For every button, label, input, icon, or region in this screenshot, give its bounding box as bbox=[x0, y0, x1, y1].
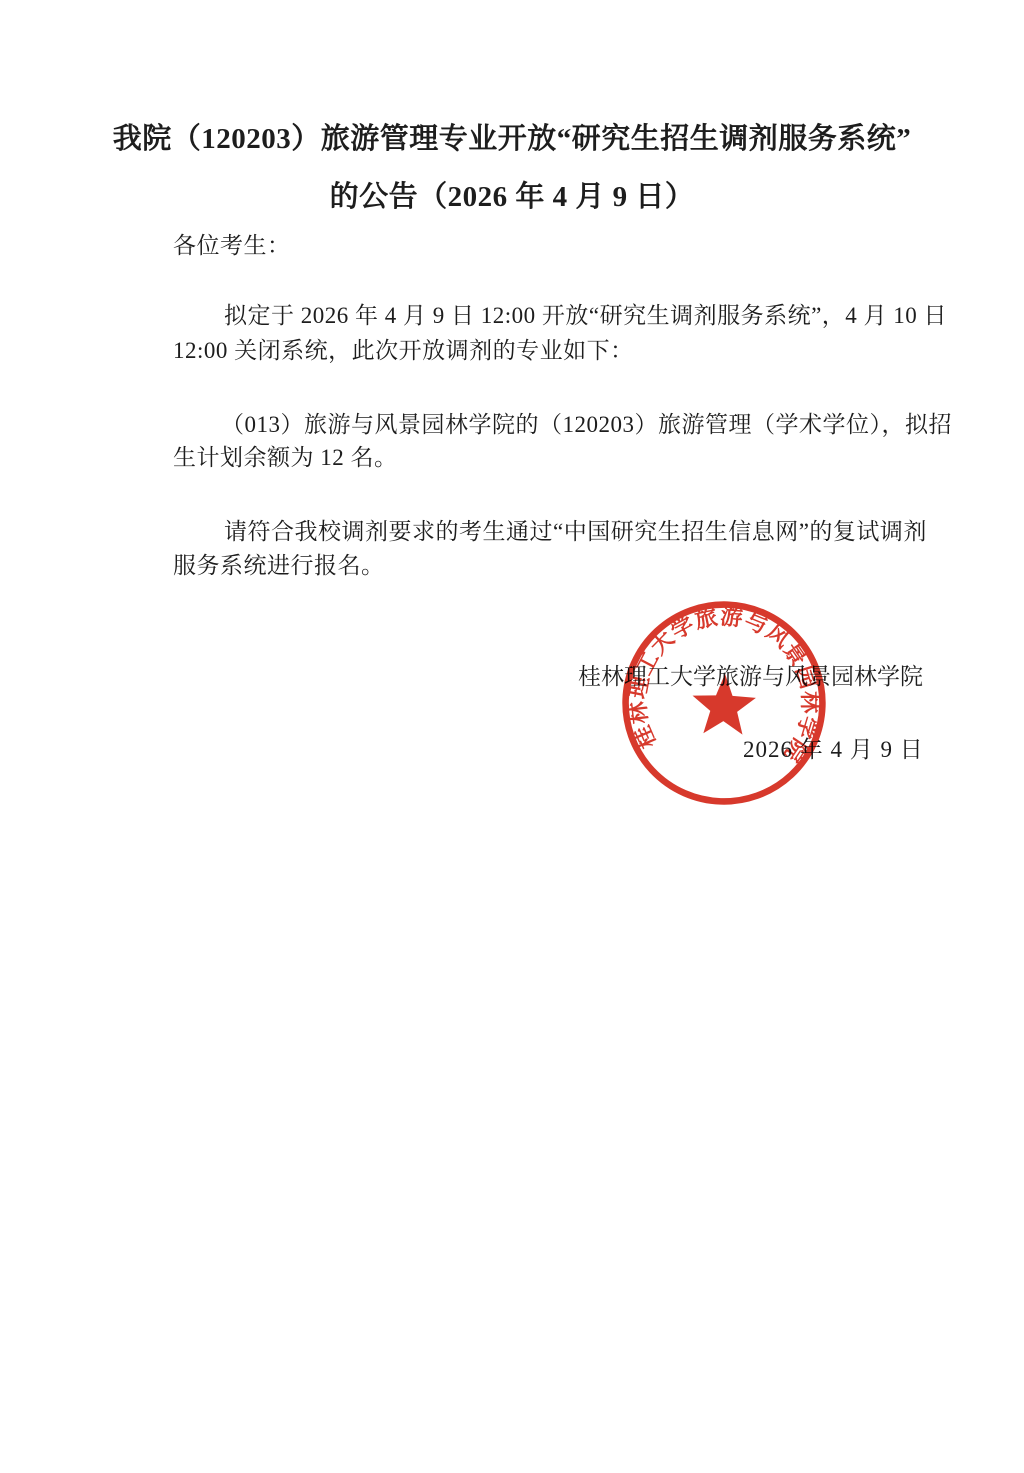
announcement-title-line-2: 的公告（2026 年 4 月 9 日） bbox=[0, 182, 1024, 213]
seal-graphic: 桂林理工大学旅游与风景园林学院 bbox=[613, 592, 834, 813]
salutation: 各位考生： bbox=[173, 234, 291, 259]
paragraph-3-line-1: 请符合我校调剂要求的考生通过“中国研究生招生信息网”的复试调剂 bbox=[224, 520, 927, 545]
paragraph-1-line-1: 拟定于 2026 年 4 月 9 日 12:00 开放“研究生调剂服务系统”，4… bbox=[224, 304, 947, 329]
announcement-title-line-1: 我院（120203）旅游管理专业开放“研究生招生调剂服务系统” bbox=[0, 124, 1024, 155]
announcement-page: 我院（120203）旅游管理专业开放“研究生招生调剂服务系统” 的公告（2026… bbox=[0, 0, 1024, 1473]
paragraph-3-line-2: 服务系统进行报名。 bbox=[173, 554, 385, 579]
paragraph-2-line-1: （013）旅游与风景园林学院的（120203）旅游管理（学术学位），拟招 bbox=[221, 413, 952, 438]
paragraph-1-line-2: 12:00 关闭系统，此次开放调剂的专业如下： bbox=[173, 339, 634, 364]
official-seal-stamp: 桂林理工大学旅游与风景园林学院 bbox=[617, 596, 831, 810]
seal-star-icon bbox=[691, 673, 756, 735]
paragraph-2-line-2: 生计划余额为 12 名。 bbox=[173, 446, 398, 471]
